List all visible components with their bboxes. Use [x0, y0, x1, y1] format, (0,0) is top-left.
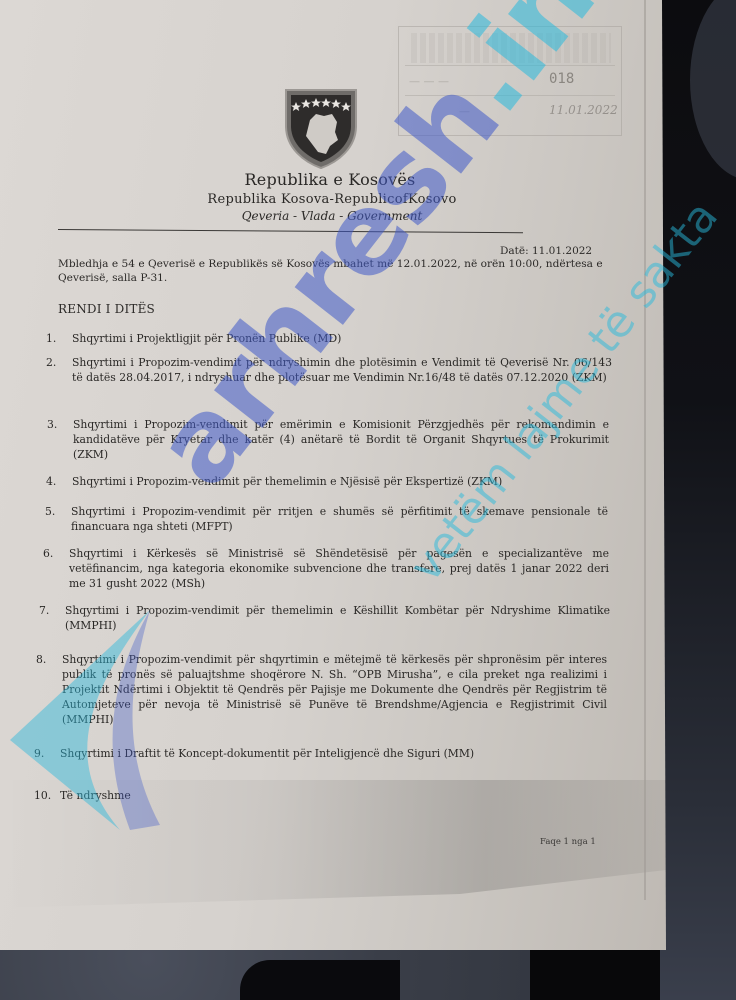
page-number: Faqe 1 nga 1 [540, 837, 596, 847]
agenda-item-text: Shqyrtimi i Kërkesës së Ministrisë së Sh… [69, 547, 609, 590]
agenda-item-text: Shqyrtimi i Draftit të Koncept-dokumenti… [60, 747, 474, 760]
agenda-item-text: Shqyrtimi i Propozim-vendimit për emërim… [73, 418, 609, 461]
agenda-item: 7.Shqyrtimi i Propozim-vendimit për them… [65, 603, 610, 633]
agenda-item: 10.Të ndryshme [60, 788, 605, 803]
agenda-title: RENDI I DITËS [58, 302, 155, 316]
header-title: Republika e Kosovës [10, 170, 650, 189]
agenda-item-number: 3. [47, 417, 57, 432]
agenda-item-number: 4. [46, 474, 56, 489]
agenda-item-text: Shqyrtimi i Propozim-vendimit për ndrysh… [72, 356, 612, 384]
registry-stamp: — — — 018 — 11.01.2022 [398, 26, 622, 136]
agenda-item-number: 6. [43, 546, 53, 561]
stamp-divider [405, 95, 615, 96]
stamp-label: — — — [409, 75, 449, 88]
stamp-header-text [411, 33, 611, 63]
agenda-item-text: Shqyrtimi i Propozim-vendimit për themel… [72, 475, 502, 488]
agenda-item-number: 2. [46, 355, 56, 370]
agenda-item: 4.Shqyrtimi i Propozim-vendimit për them… [72, 474, 612, 489]
agenda-item-number: 10. [34, 788, 51, 803]
stamp-label: — [459, 105, 470, 118]
agenda-item-text: Shqyrtimi i Propozim-vendimit për themel… [65, 604, 610, 632]
agenda-item-text: Të ndryshme [60, 789, 131, 802]
stamp-number: 018 [549, 71, 574, 87]
agenda-item-number: 1. [46, 331, 56, 346]
agenda-item: 9.Shqyrtimi i Draftit të Koncept-dokumen… [60, 746, 605, 761]
agenda-item-number: 7. [39, 603, 49, 618]
agenda-item-number: 5. [45, 504, 55, 519]
kosovo-coat-of-arms-icon [282, 86, 360, 170]
background-shadow [240, 960, 400, 1000]
page-edge [644, 0, 646, 900]
stamp-divider [405, 65, 615, 66]
agenda-item-number: 8. [36, 652, 46, 667]
agenda-item: 8.Shqyrtimi i Propozim-vendimit për shqy… [62, 652, 607, 727]
header-subtitle: Republika Kosova-RepublicofKosovo [12, 192, 652, 207]
header-government: Qeveria - Vlada - Government [12, 209, 652, 223]
agenda-item: 6.Shqyrtimi i Kërkesës së Ministrisë së … [69, 546, 609, 591]
agenda-item-number: 9. [34, 746, 44, 761]
meeting-intro: Mbledhja e 54 e Qeverisë e Republikës së… [58, 257, 613, 285]
agenda-item: 3.Shqyrtimi i Propozim-vendimit për emër… [73, 417, 609, 462]
agenda-item: 2.Shqyrtimi i Propozim-vendimit për ndry… [72, 355, 612, 385]
agenda-item: 1.Shqyrtimi i Projektligjit për Pronën P… [72, 331, 612, 346]
agenda-item: 5.Shqyrtimi i Propozim-vendimit për rrit… [71, 504, 608, 534]
stamp-date: 11.01.2022 [549, 103, 618, 117]
document-date: Datë: 11.01.2022 [500, 245, 592, 257]
agenda-item-text: Shqyrtimi i Propozim-vendimit për rritje… [71, 505, 608, 533]
agenda-item-text: Shqyrtimi i Propozim-vendimit për shqyrt… [62, 653, 607, 726]
agenda-item-text: Shqyrtimi i Projektligjit për Pronën Pub… [72, 332, 341, 345]
